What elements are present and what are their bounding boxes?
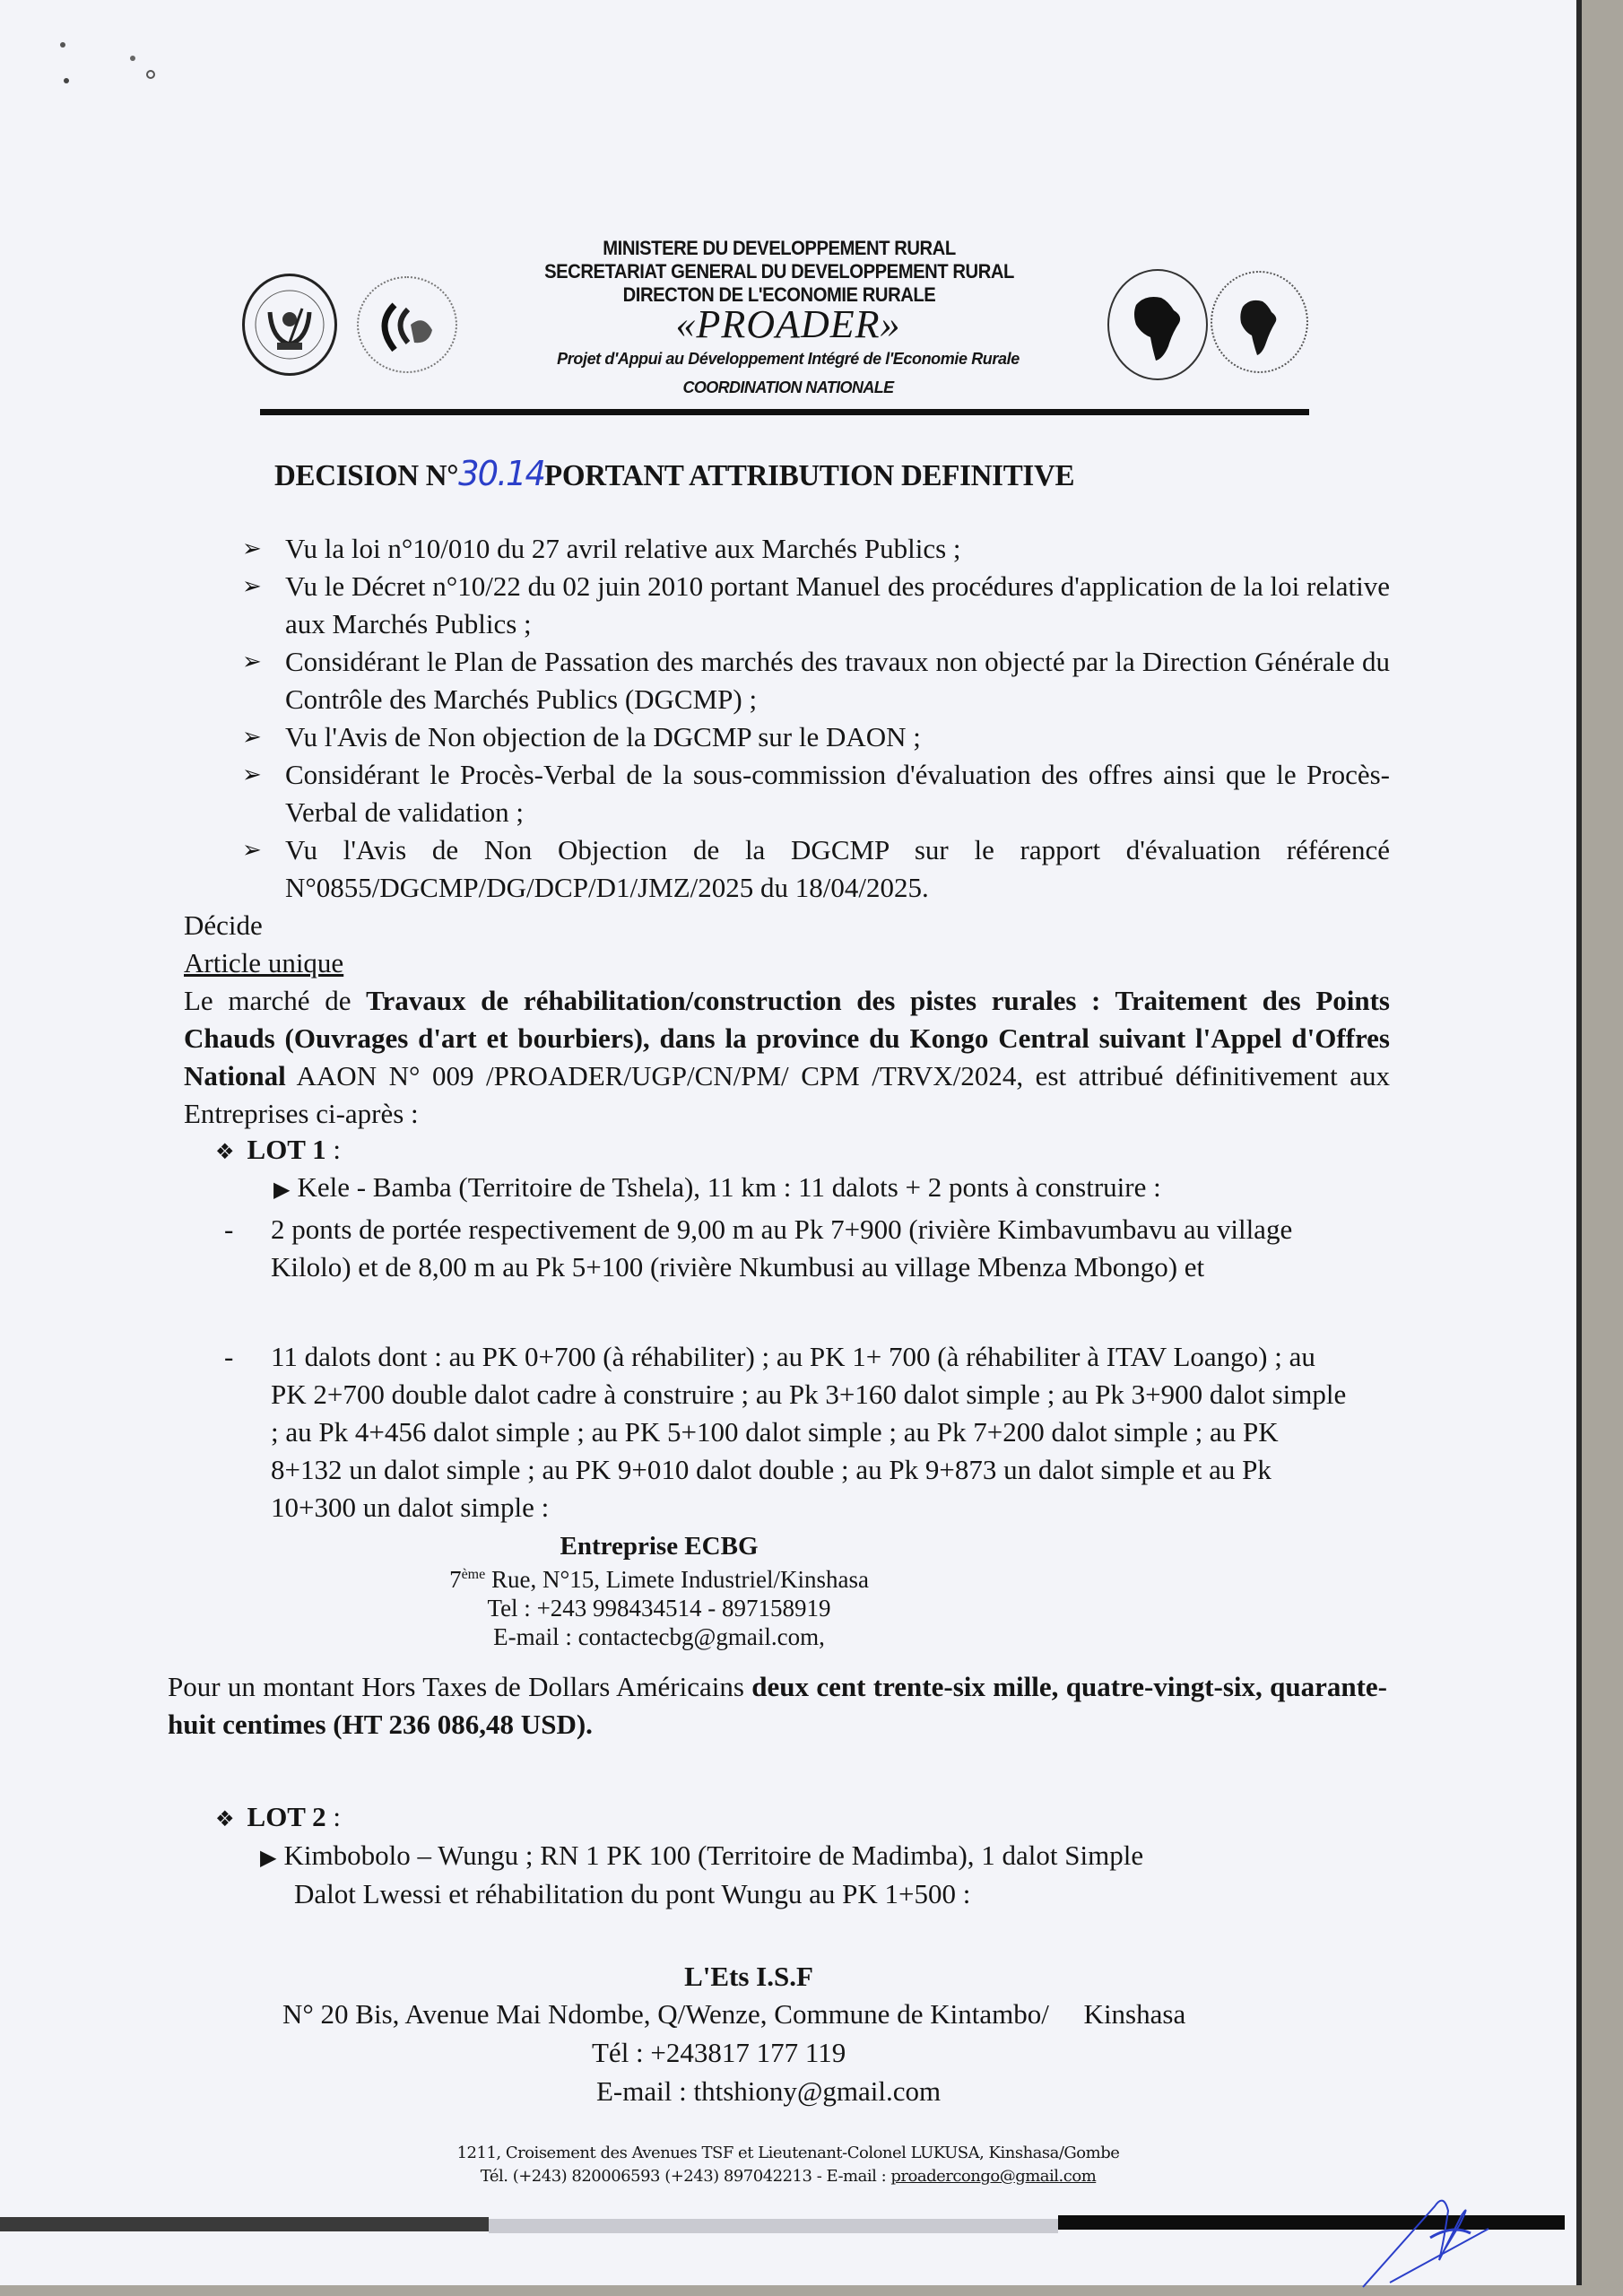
- project-subtitle: Projet d'Appui au Développement Intégré …: [0, 350, 1576, 369]
- secretariat-name: SECRETARIAT GENERAL DU DEVELOPPEMENT RUR…: [54, 260, 1504, 283]
- diamond-bullet-icon: ❖: [215, 1139, 235, 1164]
- diamond-bullet-icon: ❖: [215, 1806, 235, 1831]
- paper-marks: [45, 31, 170, 94]
- lot-2-heading: ❖LOT 2 :: [215, 1801, 341, 1833]
- footer-address: 1211, Croisement des Avenues TSF et Lieu…: [0, 2142, 1576, 2165]
- lot-1-amount: Pour un montant Hors Taxes de Dollars Am…: [168, 1668, 1387, 1744]
- consideration-item: ➢Vu la loi n°10/010 du 27 avril relative…: [242, 530, 1390, 568]
- decide-label: Décide: [184, 907, 263, 944]
- triangle-bullet-icon: ▶: [273, 1177, 290, 1202]
- handwritten-signature: [1354, 2188, 1533, 2296]
- considerations-list: ➢Vu la loi n°10/010 du 27 avril relative…: [242, 530, 1390, 907]
- arrow-bullet-icon: ➢: [242, 718, 262, 756]
- consideration-item: ➢Vu l'Avis de Non Objection de la DGCMP …: [242, 831, 1390, 907]
- brand-name: «PROADER»: [0, 301, 1576, 347]
- letterhead-footer: 1211, Croisement des Avenues TSF et Lieu…: [0, 2142, 1576, 2188]
- lot-1-route: ▶Kele - Bamba (Territoire de Tshela), 11…: [273, 1171, 1161, 1204]
- consideration-item: ➢Considérant le Procès-Verbal de la sous…: [242, 756, 1390, 831]
- decision-title: DECISION N°30.14PORTANT ATTRIBUTION DEFI…: [274, 454, 1074, 493]
- article-heading: Article unique: [184, 944, 343, 982]
- header-divider: [260, 409, 1309, 415]
- footer-divider-dark: [0, 2217, 489, 2231]
- lot-1-heading: ❖LOT 1 :: [215, 1134, 341, 1166]
- company-address: N° 20 Bis, Avenue Mai Ndombe, Q/Wenze, C…: [282, 1998, 1185, 2031]
- company-email: E-mail : contactecbg@gmail.com,: [0, 1622, 1471, 1651]
- footer-contacts: Tél. (+243) 820006593 (+243) 897042213 -…: [0, 2165, 1576, 2188]
- letterhead: MINISTERE DU DEVELOPPEMENT RURAL SECRETA…: [0, 235, 1576, 414]
- handwritten-decision-number: 30.14: [458, 454, 544, 493]
- company-phone: Tél : +243817 177 119: [592, 2037, 846, 2069]
- consideration-item: ➢Vu l'Avis de Non objection de la DGCMP …: [242, 718, 1390, 756]
- lot-2-company: L'Ets I.S.F: [0, 1958, 1560, 1996]
- lot-2-route-continued: Dalot Lwessi et réhabilitation du pont W…: [294, 1878, 970, 1910]
- article-body: Le marché de Travaux de réhabilitation/c…: [184, 982, 1390, 1133]
- arrow-bullet-icon: ➢: [242, 568, 262, 605]
- company-name: L'Ets I.S.F: [0, 1958, 1560, 1996]
- footer-divider-light: [489, 2219, 1058, 2233]
- company-address: 7ème Rue, N°15, Limete Industriel/Kinsha…: [0, 1561, 1471, 1594]
- company-name: Entreprise ECBG: [0, 1532, 1471, 1561]
- consideration-item: ➢Vu le Décret n°10/22 du 02 juin 2010 po…: [242, 568, 1390, 643]
- document-page: MINISTERE DU DEVELOPPEMENT RURAL SECRETA…: [0, 0, 1582, 2285]
- arrow-bullet-icon: ➢: [242, 643, 262, 681]
- lot-1-company: Entreprise ECBG 7ème Rue, N°15, Limete I…: [0, 1532, 1471, 1651]
- consideration-item: ➢Considérant le Plan de Passation des ma…: [242, 643, 1390, 718]
- arrow-bullet-icon: ➢: [242, 756, 262, 794]
- ministry-name: MINISTERE DU DEVELOPPEMENT RURAL: [54, 237, 1504, 260]
- lot-2-route: ▶Kimbobolo – Wungu ; RN 1 PK 100 (Territ…: [260, 1839, 1143, 1872]
- footer-email-link[interactable]: proadercongo@gmail.com: [890, 2167, 1096, 2186]
- company-phone: Tel : +243 998434514 - 897158919: [0, 1594, 1471, 1622]
- arrow-bullet-icon: ➢: [242, 530, 262, 568]
- lot-1-item: - 11 dalots dont : au PK 0+700 (à réhabi…: [224, 1338, 1354, 1526]
- company-email: E-mail : thtshiony@gmail.com: [596, 2075, 941, 2108]
- lot-1-item: - 2 ponts de portée respectivement de 9,…: [224, 1211, 1354, 1327]
- triangle-bullet-icon: ▶: [260, 1845, 276, 1870]
- coordination-label: COORDINATION NATIONALE: [0, 378, 1576, 397]
- arrow-bullet-icon: ➢: [242, 831, 262, 869]
